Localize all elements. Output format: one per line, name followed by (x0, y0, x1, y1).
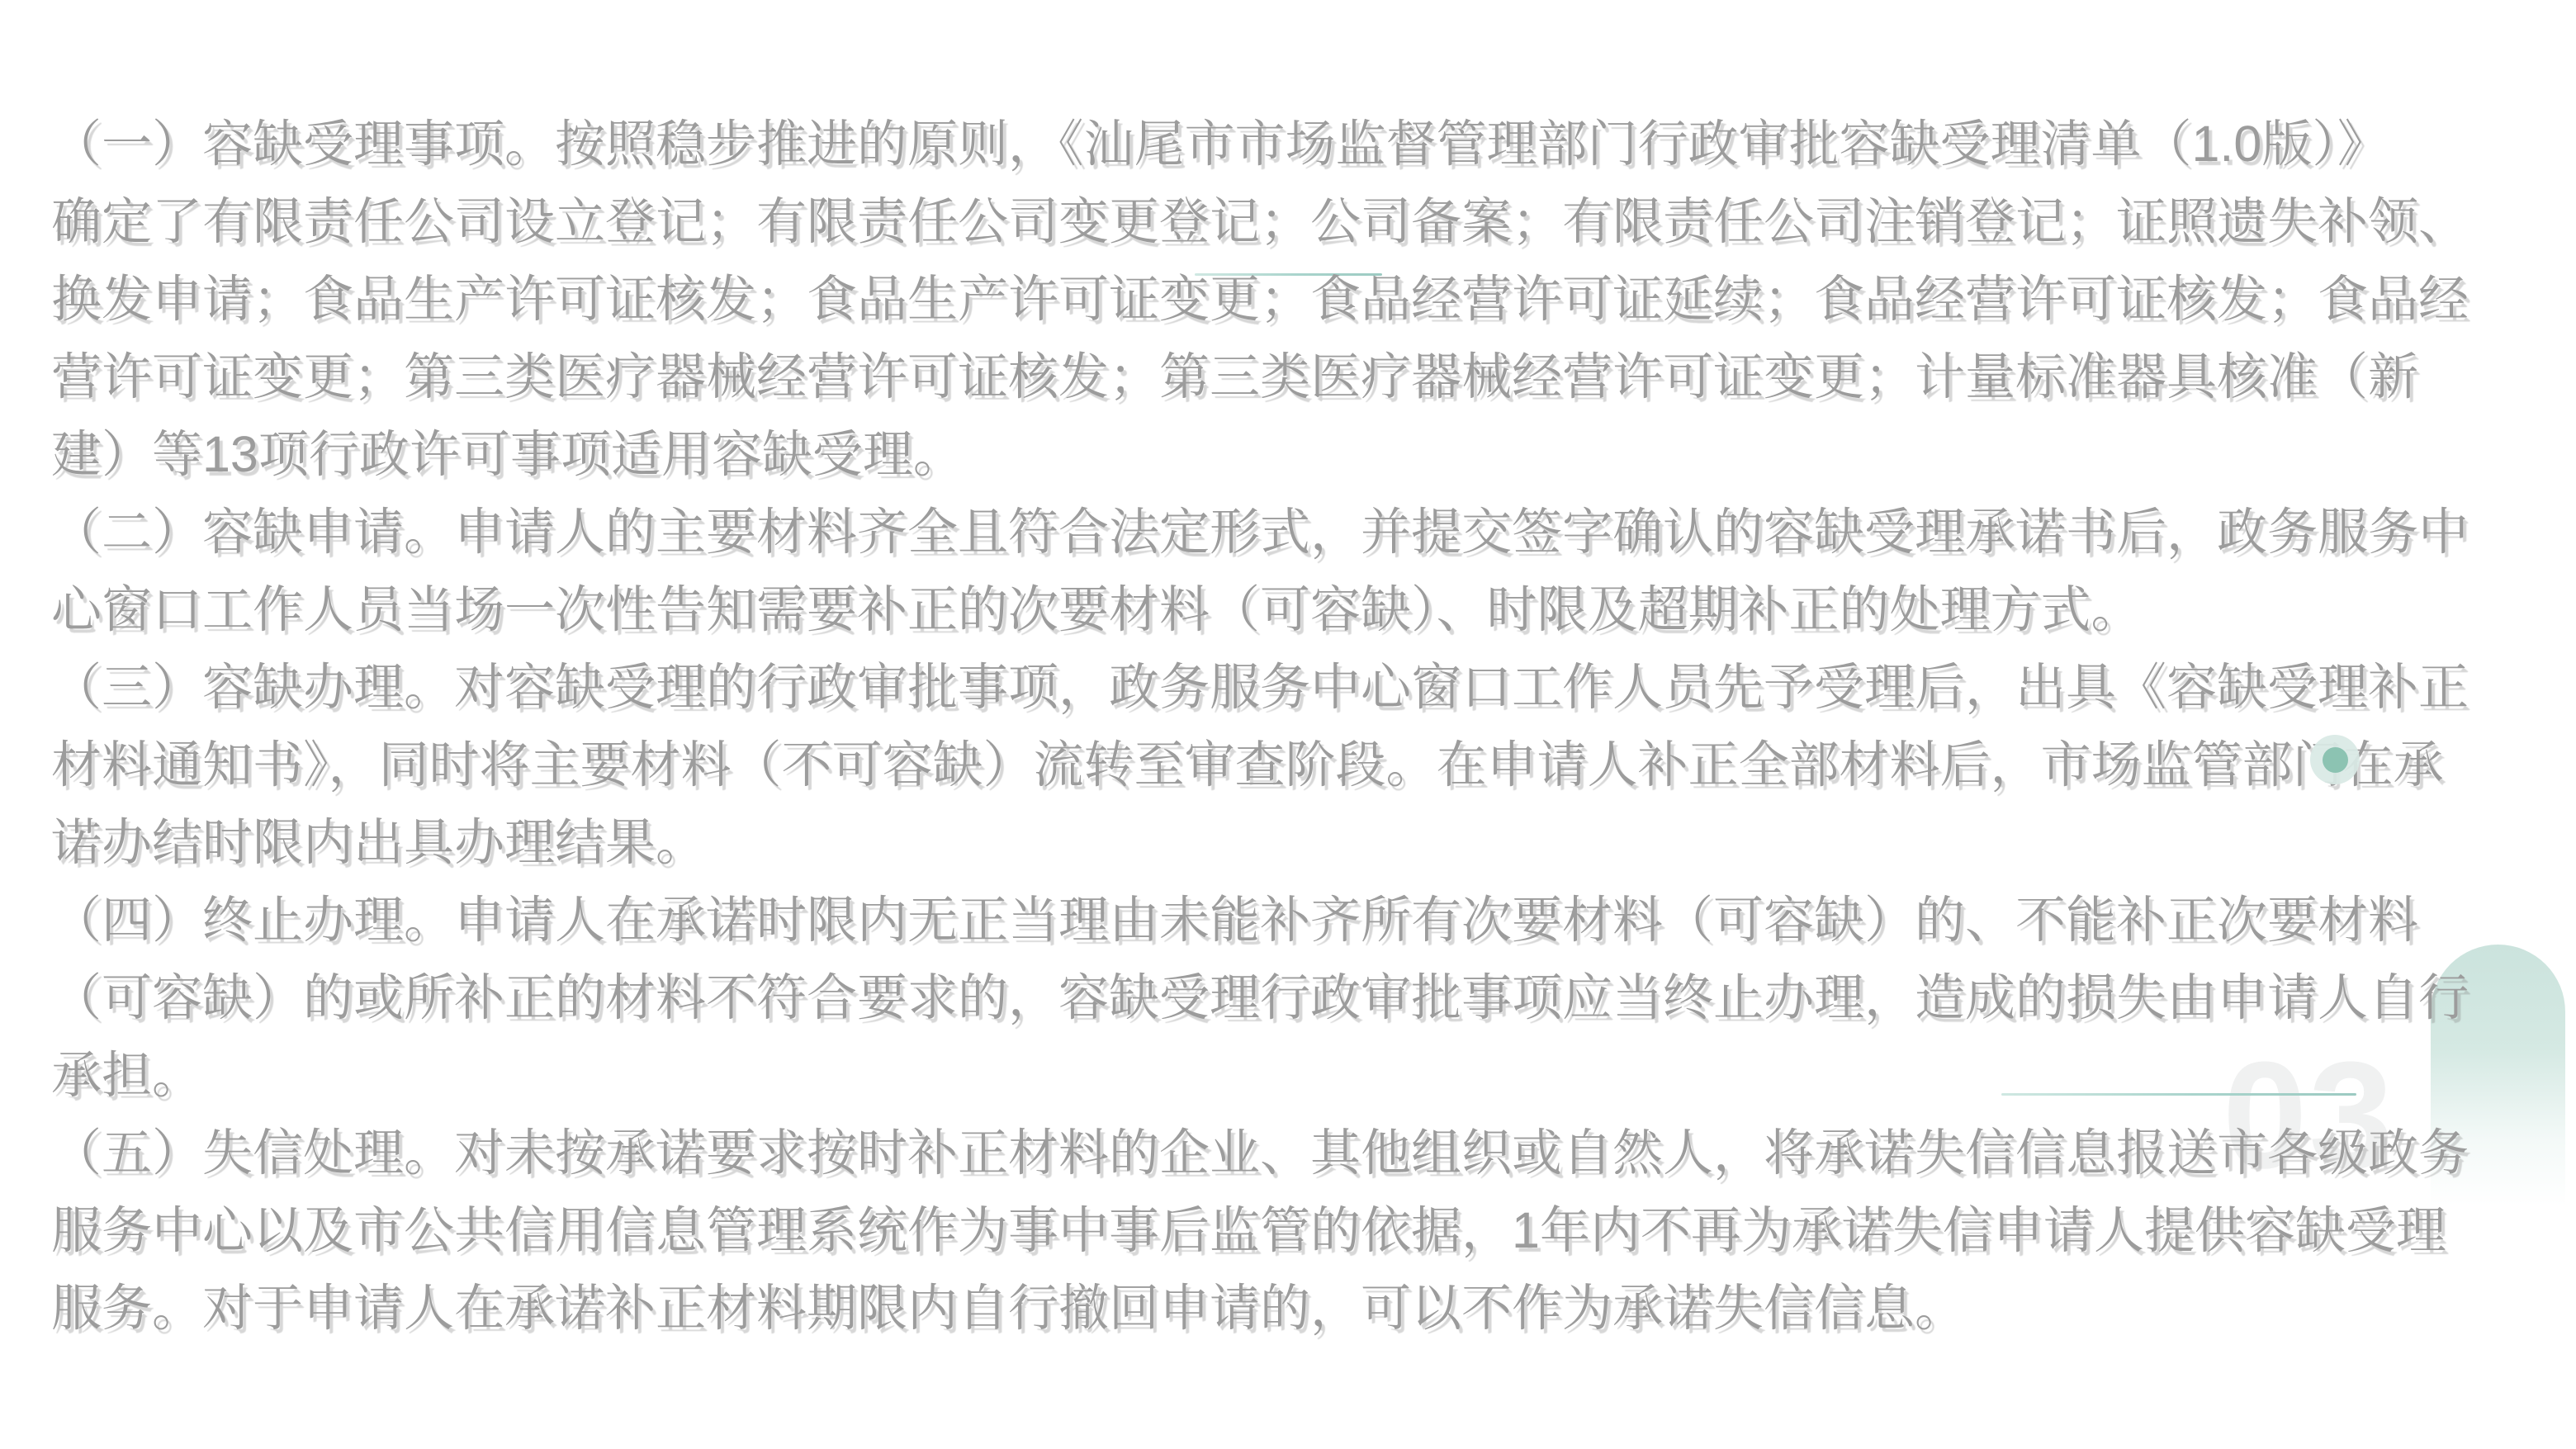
text-line: （三）容缺办理。对容缺受理的行政审批事项，政务服务中心窗口工作人员先予受理后，出… (51, 648, 2469, 726)
text-line: （二）容缺申请。申请人的主要材料齐全且符合法定形式，并提交签字确认的容缺受理承诺… (51, 493, 2469, 571)
text-line: 诺办结时限内出具办理结果。 (51, 803, 2469, 881)
text-line: （五）失信处理。对未按承诺要求按时补正材料的企业、其他组织或自然人，将承诺失信信… (51, 1114, 2469, 1191)
text-line: 服务。对于申请人在承诺补正材料期限内自行撤回申请的，可以不作为承诺失信信息。 (51, 1269, 2469, 1347)
text-line: 建）等13项行政许可事项适用容缺受理。 (51, 415, 2469, 493)
text-line: 营许可证变更；第三类医疗器械经营许可证核发；第三类医疗器械经营许可证变更；计量标… (51, 338, 2469, 415)
text-line: （可容缺）的或所补正的材料不符合要求的，容缺受理行政审批事项应当终止办理，造成的… (51, 959, 2469, 1036)
text-line: 承担。 (51, 1036, 2469, 1114)
document-text-block: （一）容缺受理事项。按照稳步推进的原则，《汕尾市市场监督管理部门行政审批容缺受理… (51, 105, 2469, 1347)
text-line: 确定了有限责任公司设立登记；有限责任公司变更登记；公司备案；有限责任公司注销登记… (51, 182, 2469, 260)
cursor-highlight-dot (2323, 747, 2348, 773)
cursor-highlight-halo[interactable] (2310, 735, 2360, 784)
text-line: 换发申请；食品生产许可证核发；食品生产许可证变更；食品经营许可证延续；食品经营许… (51, 260, 2469, 338)
text-line: 服务中心以及市公共信用信息管理系统作为事中事后监管的依据，1年内不再为承诺失信申… (51, 1191, 2469, 1269)
text-line: （四）终止办理。申请人在承诺时限内无正当理由未能补齐所有次要材料（可容缺）的、不… (51, 881, 2469, 959)
text-line: （一）容缺受理事项。按照稳步推进的原则，《汕尾市市场监督管理部门行政审批容缺受理… (51, 105, 2469, 182)
text-line: 心窗口工作人员当场一次性告知需要补正的次要材料（可容缺）、时限及超期补正的处理方… (51, 571, 2469, 648)
text-line: 材料通知书》，同时将主要材料（不可容缺）流转至审查阶段。在申请人补正全部材料后，… (51, 726, 2469, 803)
